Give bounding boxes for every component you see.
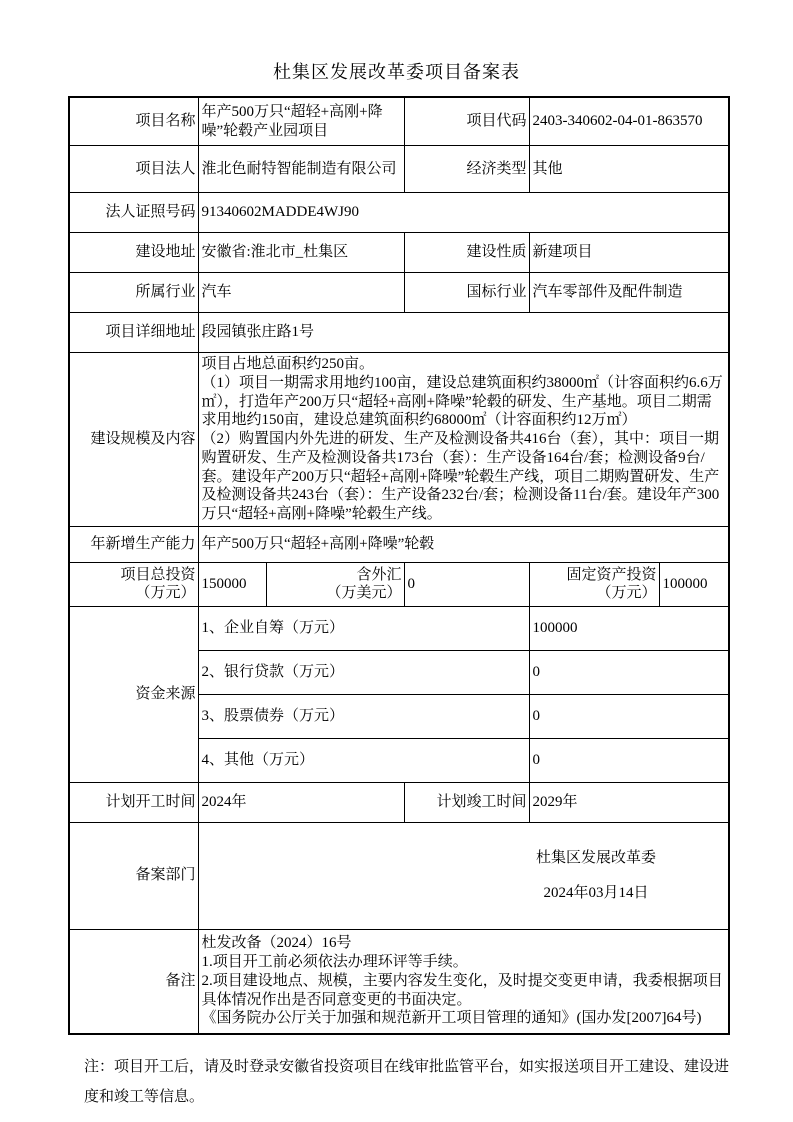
build-nature-label: 建设性质: [404, 233, 529, 273]
detail-address-value: 段园镇张庄路1号: [198, 313, 729, 353]
legal-person-label: 项目法人: [69, 146, 198, 193]
row-detail-address: 项目详细地址 段园镇张庄路1号: [69, 313, 729, 353]
funding-item-3-label: 3、股票债券（万元）: [198, 694, 529, 738]
filing-dept-date: 2024年03月14日: [536, 884, 656, 903]
filing-dept-label: 备案部门: [69, 822, 198, 929]
legal-person-value: 淮北色耐特智能制造有限公司: [198, 146, 404, 193]
remark-line-3: 2.项目建设地点、规模，主要内容发生变化，及时提交变更申请，我委根据项目具体情况…: [202, 972, 725, 1010]
project-code-value: 2403-340602-04-01-863570: [529, 97, 729, 146]
scale-paragraph-3: （2）购置国内外先进的研发、生产及检测设备共416台（套），其中：项目一期购置研…: [202, 430, 725, 524]
start-time-label: 计划开工时间: [69, 782, 198, 822]
economic-type-value: 其他: [529, 146, 729, 193]
funding-item-4-value: 0: [529, 738, 729, 782]
scale-label: 建设规模及内容: [69, 353, 198, 527]
footnote: 注：项目开工后，请及时登录安徽省投资项目在线审批监管平台，如实报送项目开工建设、…: [84, 1052, 732, 1112]
remark-label: 备注: [69, 929, 198, 1034]
row-build-address: 建设地址 安徽省:淮北市_杜集区 建设性质 新建项目: [69, 233, 729, 273]
new-capacity-label: 年新增生产能力: [69, 526, 198, 562]
row-scale: 建设规模及内容 项目占地总面积约250亩。 （1）项目一期需求用地约100亩，建…: [69, 353, 729, 527]
funding-item-2-value: 0: [529, 650, 729, 694]
funding-item-4-label: 4、其他（万元）: [198, 738, 529, 782]
filing-dept-org: 杜集区发展改革委: [536, 849, 656, 868]
funding-item-1-value: 100000: [529, 606, 729, 650]
row-funding-1: 资金来源 1、企业自筹（万元） 100000: [69, 606, 729, 650]
national-industry-label: 国标行业: [404, 273, 529, 313]
end-time-label: 计划竣工时间: [404, 782, 529, 822]
project-name-value: 年产500万只“超轻+高刚+降噪”轮毂产业园项目: [198, 97, 404, 146]
funding-label: 资金来源: [69, 606, 198, 782]
remark-line-2: 1.项目开工前必须依法办理环评等手续。: [202, 953, 725, 972]
foreign-exchange-label: 含外汇 （万美元）: [266, 562, 404, 606]
page-title: 杜集区发展改革委项目备案表: [0, 58, 793, 84]
scale-paragraph-1: 项目占地总面积约250亩。: [202, 355, 725, 374]
filing-form-table: 项目名称 年产500万只“超轻+高刚+降噪”轮毂产业园项目 项目代码 2403-…: [68, 96, 730, 1035]
national-industry-value: 汽车零部件及配件制造: [529, 273, 729, 313]
row-license-no: 法人证照号码 91340602MADDE4WJ90: [69, 193, 729, 233]
funding-item-3-value: 0: [529, 694, 729, 738]
total-investment-value: 150000: [198, 562, 266, 606]
funding-item-1-label: 1、企业自筹（万元）: [198, 606, 529, 650]
funding-item-2-label: 2、银行贷款（万元）: [198, 650, 529, 694]
total-investment-label: 项目总投资 （万元）: [69, 562, 198, 606]
fixed-assets-value: 100000: [659, 562, 729, 606]
economic-type-label: 经济类型: [404, 146, 529, 193]
remark-content: 杜发改备（2024）16号 1.项目开工前必须依法办理环评等手续。 2.项目建设…: [198, 929, 729, 1034]
industry-label: 所属行业: [69, 273, 198, 313]
build-address-label: 建设地址: [69, 233, 198, 273]
row-filing-dept: 备案部门 杜集区发展改革委 2024年03月14日: [69, 822, 729, 929]
row-legal-person: 项目法人 淮北色耐特智能制造有限公司 经济类型 其他: [69, 146, 729, 193]
row-investment: 项目总投资 （万元） 150000 含外汇 （万美元） 0 固定资产投资 （万元…: [69, 562, 729, 606]
remark-line-4: 《国务院办公厅关于加强和规范新开工项目管理的通知》(国办发[2007]64号): [202, 1009, 725, 1028]
filing-dept-cell: 杜集区发展改革委 2024年03月14日: [198, 822, 729, 929]
start-time-value: 2024年: [198, 782, 404, 822]
license-no-label: 法人证照号码: [69, 193, 198, 233]
project-code-label: 项目代码: [404, 97, 529, 146]
row-schedule: 计划开工时间 2024年 计划竣工时间 2029年: [69, 782, 729, 822]
foreign-exchange-value: 0: [404, 562, 529, 606]
document-page: 杜集区发展改革委项目备案表 项目名称 年产500万只“超轻+高刚+降噪”轮毂产业…: [0, 0, 793, 1112]
end-time-value: 2029年: [529, 782, 729, 822]
filing-dept-block: 杜集区发展改革委 2024年03月14日: [536, 849, 656, 904]
scale-paragraph-2: （1）项目一期需求用地约100亩，建设总建筑面积约38000㎡（计容面积约6.6…: [202, 374, 725, 430]
remark-line-1: 杜发改备（2024）16号: [202, 934, 725, 953]
build-nature-value: 新建项目: [529, 233, 729, 273]
row-industry: 所属行业 汽车 国标行业 汽车零部件及配件制造: [69, 273, 729, 313]
industry-value: 汽车: [198, 273, 404, 313]
row-remark: 备注 杜发改备（2024）16号 1.项目开工前必须依法办理环评等手续。 2.项…: [69, 929, 729, 1034]
fixed-assets-label: 固定资产投资 （万元）: [529, 562, 659, 606]
detail-address-label: 项目详细地址: [69, 313, 198, 353]
project-name-label: 项目名称: [69, 97, 198, 146]
scale-content: 项目占地总面积约250亩。 （1）项目一期需求用地约100亩，建设总建筑面积约3…: [198, 353, 729, 527]
row-new-capacity: 年新增生产能力 年产500万只“超轻+高刚+降噪”轮毂: [69, 526, 729, 562]
build-address-value: 安徽省:淮北市_杜集区: [198, 233, 404, 273]
license-no-value: 91340602MADDE4WJ90: [198, 193, 729, 233]
new-capacity-value: 年产500万只“超轻+高刚+降噪”轮毂: [198, 526, 729, 562]
row-project-name: 项目名称 年产500万只“超轻+高刚+降噪”轮毂产业园项目 项目代码 2403-…: [69, 97, 729, 146]
